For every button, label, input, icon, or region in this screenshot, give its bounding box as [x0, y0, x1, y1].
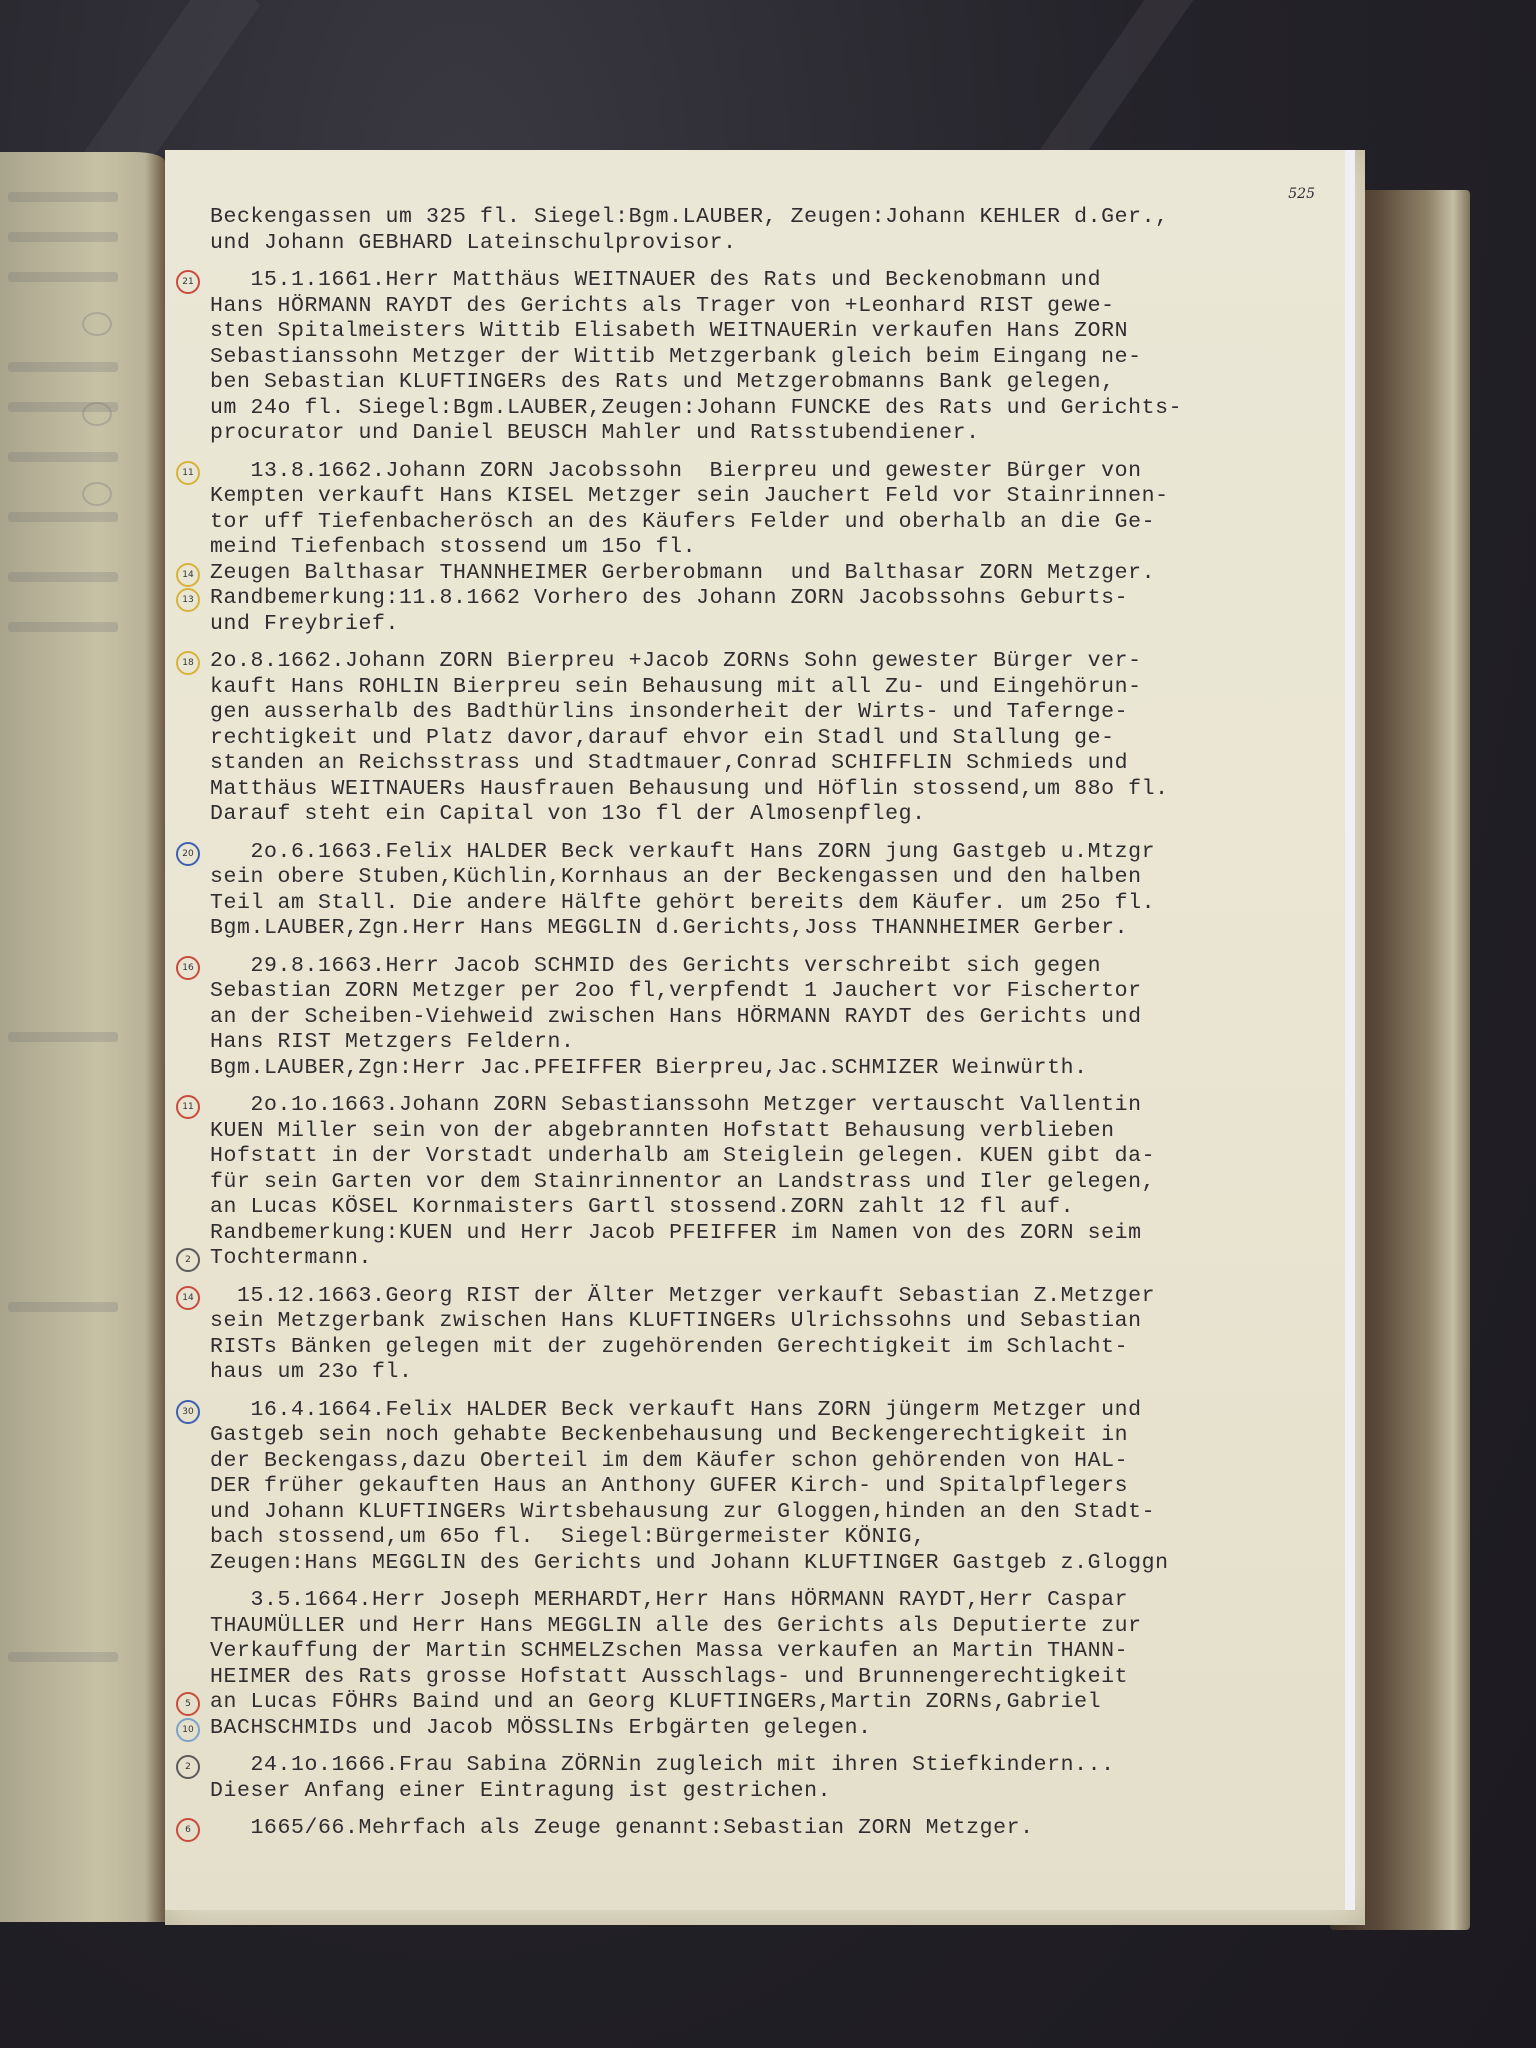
text-line: 2o.6.1663.Felix HALDER Beck verkauft Han…: [210, 840, 1330, 866]
margin-circle-annotation: 2: [176, 1248, 200, 1272]
text-line: 2o.8.1662.Johann ZORN Bierpreu +Jacob ZO…: [210, 649, 1330, 675]
text-line: KUEN Miller sein von der abgebrannten Ho…: [210, 1119, 1330, 1145]
margin-circle-annotation: 21: [176, 270, 200, 294]
margin-circle-annotation: 11: [176, 1095, 200, 1119]
text-line: an Lucas FÖHRs Baind und an Georg KLUFTI…: [210, 1690, 1330, 1716]
text-line: bach stossend,um 65o fl. Siegel:Bürgerme…: [210, 1525, 1330, 1551]
text-line: um 24o fl. Siegel:Bgm.LAUBER,Zeugen:Joha…: [210, 396, 1330, 422]
left-page-ghost-text: [8, 512, 118, 522]
text-line: Dieser Anfang einer Eintragung ist gestr…: [210, 1779, 1330, 1805]
text-line: Sebastian ZORN Metzger per 2oo fl,verpfe…: [210, 979, 1330, 1005]
text-line: Verkauffung der Martin SCHMELZschen Mass…: [210, 1639, 1330, 1665]
typewritten-sheet: 525 Beckengassen um 325 fl. Siegel:Bgm.L…: [165, 150, 1355, 1910]
register-entry: 16.4.1664.Felix HALDER Beck verkauft Han…: [210, 1398, 1330, 1577]
text-line: 24.1o.1666.Frau Sabina ZÖRNin zugleich m…: [210, 1753, 1330, 1779]
text-line: tor uff Tiefenbacherösch an des Käufers …: [210, 510, 1330, 536]
page-number: 525: [1288, 186, 1315, 202]
register-entry: Beckengassen um 325 fl. Siegel:Bgm.LAUBE…: [210, 205, 1330, 256]
text-line: 29.8.1663.Herr Jacob SCHMID des Gerichts…: [210, 954, 1330, 980]
text-line: THAUMÜLLER und Herr Hans MEGGLIN alle de…: [210, 1614, 1330, 1640]
text-line: haus um 23o fl.: [210, 1360, 1330, 1386]
text-line: 2o.1o.1663.Johann ZORN Sebastianssohn Me…: [210, 1093, 1330, 1119]
text-line: gen ausserhalb des Badthürlins insonderh…: [210, 700, 1330, 726]
left-page-margin-mark: [82, 482, 112, 506]
text-line: und Freybrief.: [210, 612, 1330, 638]
text-line: Bgm.LAUBER,Zgn.Herr Hans MEGGLIN d.Geric…: [210, 916, 1330, 942]
text-line: an der Scheiben-Viehweid zwischen Hans H…: [210, 1005, 1330, 1031]
text-line: Randbemerkung:11.8.1662 Vorhero des Joha…: [210, 586, 1330, 612]
text-line: 3.5.1664.Herr Joseph MERHARDT,Herr Hans …: [210, 1588, 1330, 1614]
margin-circle-annotation: 14: [176, 563, 200, 587]
left-page: [0, 152, 165, 1922]
text-line: RISTs Bänken gelegen mit der zugehörende…: [210, 1335, 1330, 1361]
margin-circle-annotation: 13: [176, 588, 200, 612]
text-line: Sebastianssohn Metzger der Wittib Metzge…: [210, 345, 1330, 371]
text-line: der Beckengass,dazu Oberteil im dem Käuf…: [210, 1449, 1330, 1475]
text-line: meind Tiefenbach stossend um 15o fl.: [210, 535, 1330, 561]
margin-circle-annotation: 30: [176, 1400, 200, 1424]
text-line: Hofstatt in der Vorstadt underhalb am St…: [210, 1144, 1330, 1170]
text-line: DER früher gekauften Haus an Anthony GUF…: [210, 1474, 1330, 1500]
text-line: Hans RIST Metzgers Feldern.: [210, 1030, 1330, 1056]
text-line: Beckengassen um 325 fl. Siegel:Bgm.LAUBE…: [210, 205, 1330, 231]
left-page-ghost-text: [8, 1652, 118, 1662]
margin-circle-annotation: 16: [176, 956, 200, 980]
left-page-ghost-text: [8, 452, 118, 462]
text-line: 16.4.1664.Felix HALDER Beck verkauft Han…: [210, 1398, 1330, 1424]
text-line: Hans HÖRMANN RAYDT des Gerichts als Trag…: [210, 294, 1330, 320]
left-page-margin-mark: [82, 312, 112, 336]
left-page-ghost-text: [8, 1302, 118, 1312]
left-page-ghost-text: [8, 1032, 118, 1042]
text-line: standen an Reichsstrass und Stadtmauer,C…: [210, 751, 1330, 777]
left-page-ghost-text: [8, 572, 118, 582]
text-line: Gastgeb sein noch gehabte Beckenbehausun…: [210, 1423, 1330, 1449]
left-page-ghost-text: [8, 362, 118, 372]
text-line: Darauf steht ein Capital von 13o fl der …: [210, 802, 1330, 828]
register-entry: 29.8.1663.Herr Jacob SCHMID des Gerichts…: [210, 954, 1330, 1082]
text-line: und Johann GEBHARD Lateinschulprovisor.: [210, 231, 1330, 257]
text-line: procurator und Daniel BEUSCH Mahler und …: [210, 421, 1330, 447]
text-line: 15.1.1661.Herr Matthäus WEITNAUER des Ra…: [210, 268, 1330, 294]
margin-circle-annotation: 18: [176, 651, 200, 675]
text-line: Matthäus WEITNAUERs Hausfrauen Behausung…: [210, 777, 1330, 803]
text-line: Kempten verkauft Hans KISEL Metzger sein…: [210, 484, 1330, 510]
text-line: sein Metzgerbank zwischen Hans KLUFTINGE…: [210, 1309, 1330, 1335]
text-line: ben Sebastian KLUFTINGERs des Rats und M…: [210, 370, 1330, 396]
left-page-ghost-text: [8, 622, 118, 632]
text-line: an Lucas KÖSEL Kornmaisters Gartl stosse…: [210, 1195, 1330, 1221]
text-line: 13.8.1662.Johann ZORN Jacobssohn Bierpre…: [210, 459, 1330, 485]
margin-circle-annotation: 6: [176, 1818, 200, 1842]
text-line: Zeugen:Hans MEGGLIN des Gerichts und Joh…: [210, 1551, 1330, 1577]
text-line: HEIMER des Rats grosse Hofstatt Ausschla…: [210, 1665, 1330, 1691]
text-line: und Johann KLUFTINGERs Wirtsbehausung zu…: [210, 1500, 1330, 1526]
register-entry: 1665/66.Mehrfach als Zeuge genannt:Sebas…: [210, 1816, 1330, 1842]
left-page-margin-mark: [82, 402, 112, 426]
margin-circle-annotation: 20: [176, 842, 200, 866]
margin-circle-annotation: 10: [176, 1718, 200, 1742]
text-line: kauft Hans ROHLIN Bierpreu sein Behausun…: [210, 675, 1330, 701]
left-page-ghost-text: [8, 192, 118, 202]
margin-circle-annotation: 5: [176, 1692, 200, 1716]
left-page-ghost-text: [8, 232, 118, 242]
text-line: für sein Garten vor dem Stainrinnentor a…: [210, 1170, 1330, 1196]
text-line: Randbemerkung:KUEN und Herr Jacob PFEIFF…: [210, 1221, 1330, 1247]
register-entry: 2o.6.1663.Felix HALDER Beck verkauft Han…: [210, 840, 1330, 942]
register-entry: 15.12.1663.Georg RIST der Älter Metzger …: [210, 1284, 1330, 1386]
left-page-ghost-text: [8, 272, 118, 282]
register-entry: 2o.8.1662.Johann ZORN Bierpreu +Jacob ZO…: [210, 649, 1330, 828]
register-entry: 3.5.1664.Herr Joseph MERHARDT,Herr Hans …: [210, 1588, 1330, 1741]
margin-circle-annotation: 2: [176, 1755, 200, 1779]
text-line: Teil am Stall. Die andere Hälfte gehört …: [210, 891, 1330, 917]
typewritten-text: Beckengassen um 325 fl. Siegel:Bgm.LAUBE…: [210, 205, 1330, 1854]
margin-circle-annotation: 14: [176, 1286, 200, 1310]
register-entry: 15.1.1661.Herr Matthäus WEITNAUER des Ra…: [210, 268, 1330, 447]
register-entry: 13.8.1662.Johann ZORN Jacobssohn Bierpre…: [210, 459, 1330, 638]
text-line: 1665/66.Mehrfach als Zeuge genannt:Sebas…: [210, 1816, 1330, 1842]
text-line: sten Spitalmeisters Wittib Elisabeth WEI…: [210, 319, 1330, 345]
text-line: Tochtermann.: [210, 1246, 1330, 1272]
text-line: rechtigkeit und Platz davor,darauf ehvor…: [210, 726, 1330, 752]
text-line: Bgm.LAUBER,Zgn:Herr Jac.PFEIFFER Bierpre…: [210, 1056, 1330, 1082]
margin-circle-annotation: 11: [176, 461, 200, 485]
register-entry: 24.1o.1666.Frau Sabina ZÖRNin zugleich m…: [210, 1753, 1330, 1804]
register-entry: 2o.1o.1663.Johann ZORN Sebastianssohn Me…: [210, 1093, 1330, 1272]
document-page: 525 Beckengassen um 325 fl. Siegel:Bgm.L…: [165, 150, 1365, 1925]
text-line: sein obere Stuben,Küchlin,Kornhaus an de…: [210, 865, 1330, 891]
text-line: 15.12.1663.Georg RIST der Älter Metzger …: [210, 1284, 1330, 1310]
text-line: Zeugen Balthasar THANNHEIMER Gerberobman…: [210, 561, 1330, 587]
text-line: BACHSCHMIDs und Jacob MÖSSLINs Erbgärten…: [210, 1716, 1330, 1742]
